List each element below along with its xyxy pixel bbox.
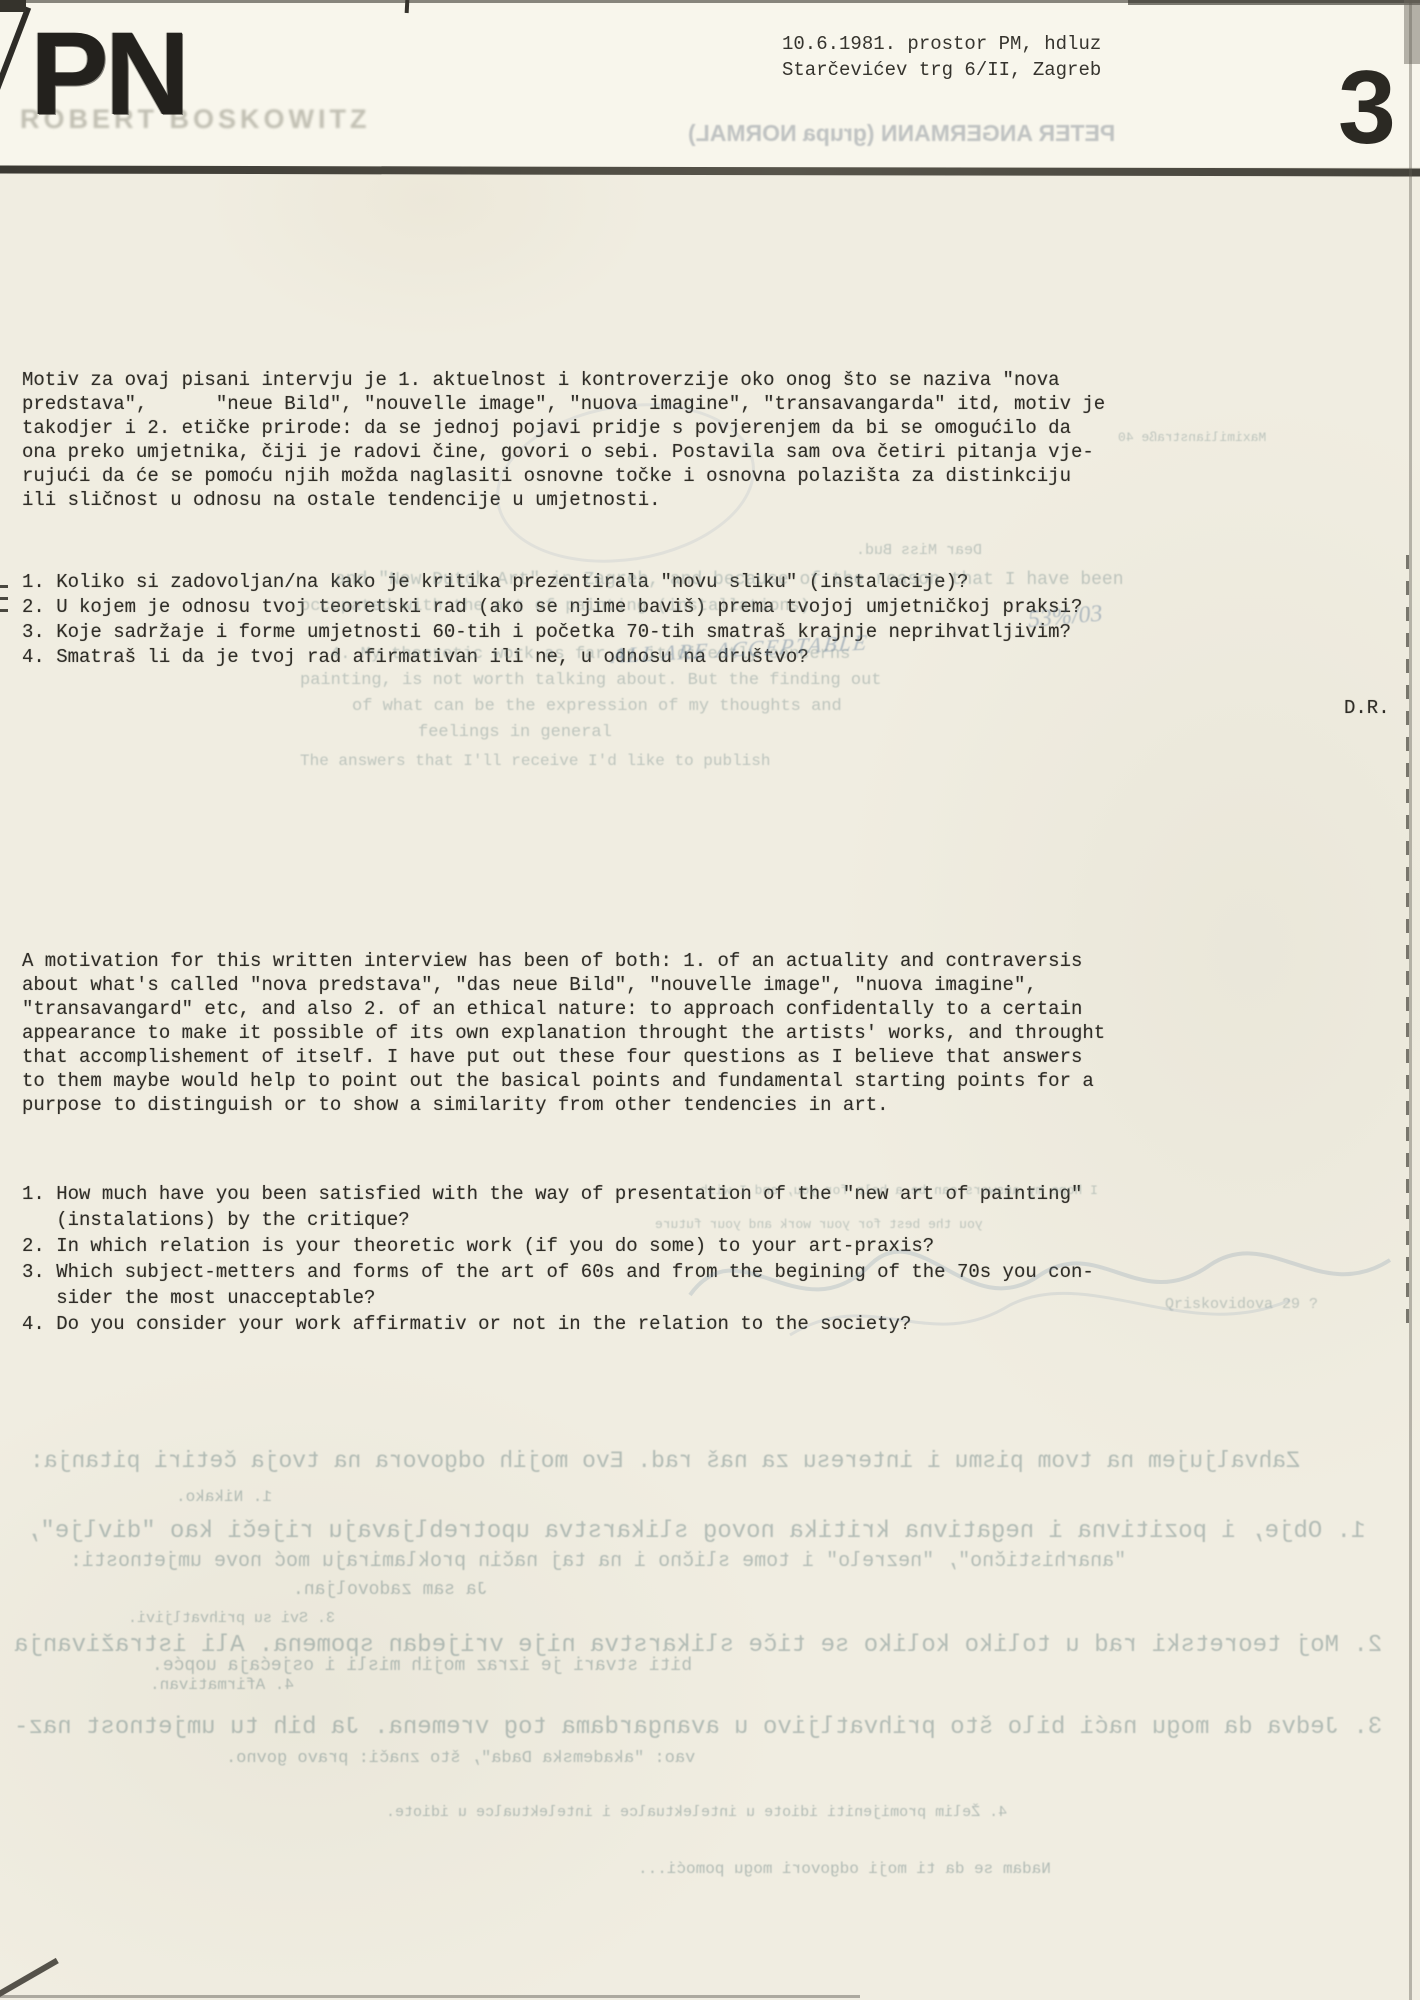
ghost-mirrored-text-line: "anarhistično", "nezrelo" i tome slično … xyxy=(70,1550,1126,1573)
ghost-text-line: painting, is not worth talking about. Bu… xyxy=(300,671,882,690)
page-number: 3 xyxy=(1338,56,1396,160)
ghost-handwriting-number: 53%/03 xyxy=(1027,601,1104,634)
ghost-signature-squiggle xyxy=(670,1205,1420,1365)
scan-corner-top-right xyxy=(1404,0,1420,64)
ghost-mirrored-artist-name: PETER ANGERMANN (grupa NORMAL) xyxy=(688,120,1115,147)
ghost-mirrored-text-line: 1. Nikako. xyxy=(176,1488,272,1506)
scan-edge-bottom xyxy=(0,1995,860,1998)
english-intro-paragraph: A motivation for this written interview … xyxy=(22,949,1105,1117)
ghost-text-line: The answers that I'll receive I'd like t… xyxy=(300,752,770,770)
interviewer-initials: D.R. xyxy=(1344,697,1390,719)
ghost-mirrored-text-line: 4. Afirmativan. xyxy=(150,1676,294,1694)
ghost-mirrored-text-line: 3. Svi su prihvatljivi. xyxy=(128,1610,335,1627)
ghost-mirrored-text-line: 2. Moj teoretski rad u toliko koliko se … xyxy=(14,1632,1382,1659)
ghost-mirrored-text-line: vao: "akademska Dada", što znači: pravo … xyxy=(226,1749,695,1768)
ghost-mirrored-text-line: 3. Jedva da mogu naći bilo što prihvatlj… xyxy=(14,1714,1382,1741)
ghost-mirrored-text-line: Maximilianstraße 40 xyxy=(1118,430,1266,445)
scan-edge-right xyxy=(1409,0,1412,2000)
ghost-mirrored-text-line: Zahvaljujem na tvom pismu i interesu za … xyxy=(30,1448,1300,1474)
ghost-mirrored-text-line: 4. Želim promijeniti idiote u intelektua… xyxy=(386,1804,1007,1821)
address-line: Starčevićev trg 6/II, Zagreb xyxy=(782,59,1101,81)
ghost-text-line: of what can be the expression of my thou… xyxy=(352,697,842,716)
letterhead: ROBERT BOSKOWITZ PN 10.6.1981. prostor P… xyxy=(0,0,1420,167)
scan-marks-left xyxy=(0,585,8,617)
header-rule xyxy=(0,166,1420,177)
scan-mark-tick xyxy=(405,0,410,13)
ghost-text-line: feelings in general xyxy=(418,723,612,742)
scan-edge-right-dashed xyxy=(1406,555,1409,1335)
ghost-mirrored-text-line: biti stvari je izraz mojih misli i osjeć… xyxy=(152,1656,692,1676)
scan-corner-top-left xyxy=(0,0,26,12)
date-line: 10.6.1981. prostor PM, hdluz xyxy=(782,33,1101,55)
ghost-text-line: occupated with the art of painting (inst… xyxy=(300,597,810,616)
scan-corner-bottom-left xyxy=(0,1958,59,1998)
ghost-text-line: and "New Dutch Art" in Zagreb, and becau… xyxy=(335,570,1124,590)
ghost-mirrored-text-line: Ja sam zadovoljan. xyxy=(293,1580,487,1600)
date-address-block: 10.6.1981. prostor PM, hdluz Starčevićev… xyxy=(782,31,1101,83)
ghost-mirrored-text-line: 1. Obje, i pozitivna i negativna kritika… xyxy=(26,1518,1365,1545)
scan-edge-top-right xyxy=(1128,0,1420,5)
scanned-document-page: ROBERT BOSKOWITZ PN 10.6.1981. prostor P… xyxy=(0,0,1420,2000)
ghost-mirrored-text-line: Dear Miss Bud. xyxy=(856,542,982,559)
pn-logo: PN xyxy=(30,6,186,142)
ghost-mirrored-text-line: I hope my answers can be a help for you,… xyxy=(700,1183,1098,1198)
ghost-mirrored-text-line: Nadam se da ti moji odgovori mogu pomoći… xyxy=(638,1860,1051,1878)
